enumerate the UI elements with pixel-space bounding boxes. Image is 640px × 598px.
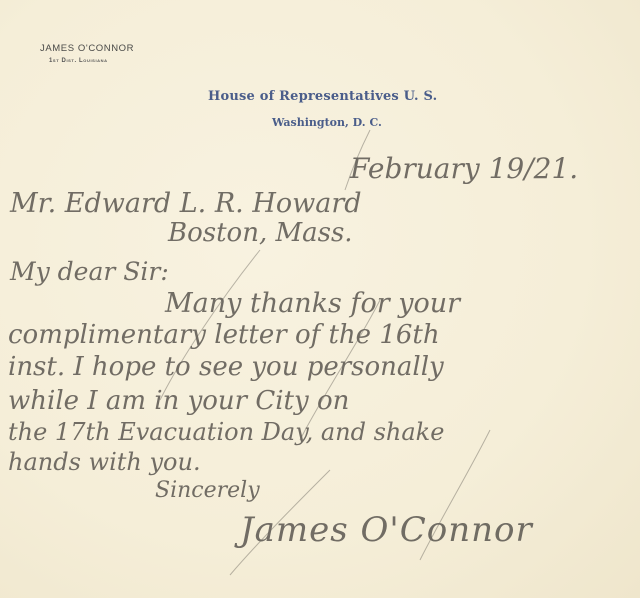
letter-recipient-city: Boston, Mass. xyxy=(168,218,353,248)
letter-recipient: Mr. Edward L. R. Howard xyxy=(10,188,362,219)
letter-body-line: inst. I hope to see you personally xyxy=(8,352,444,382)
letterhead-district: 1st Dist. Louisiana xyxy=(49,58,108,64)
letter-body-line: Many thanks for your xyxy=(165,288,460,319)
letterhead-name: JAMES O'CONNOR xyxy=(40,43,134,54)
letter-body-line: hands with you. xyxy=(8,448,201,476)
letter-signature: James O'Connor xyxy=(240,510,533,550)
letter-body-line: complimentary letter of the 16th xyxy=(8,320,440,350)
letter-paper: JAMES O'CONNOR 1st Dist. Louisiana House… xyxy=(0,0,640,598)
letter-closing: Sincerely xyxy=(155,478,260,503)
letter-date: February 19/21. xyxy=(350,152,578,185)
letter-body-line: while I am in your City on xyxy=(8,386,349,416)
letterhead-location: Washington, D. C. xyxy=(272,116,382,129)
letterhead-institution: House of Representatives U. S. xyxy=(208,89,437,104)
letter-body-line: the 17th Evacuation Day, and shake xyxy=(8,418,444,446)
letter-greeting: My dear Sir: xyxy=(10,257,169,286)
